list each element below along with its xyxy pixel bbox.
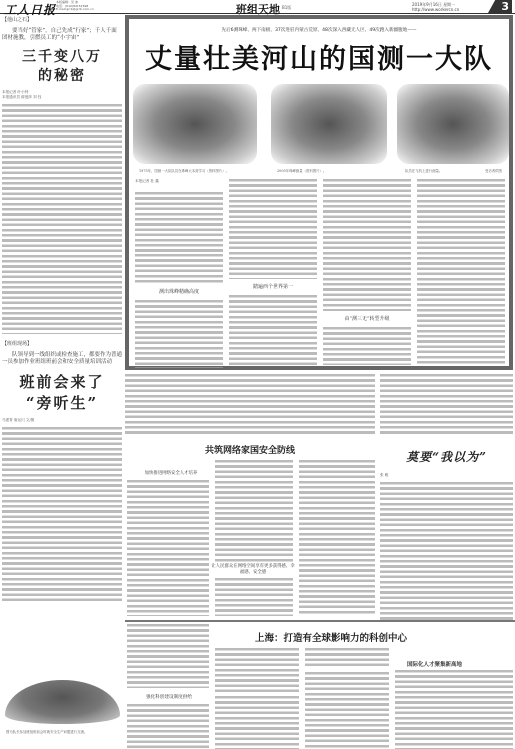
story-lead: 要当好“管家”，自己先成“行家”；千人千面团材施教，引燃员工的“小宇宙” [2,28,122,42]
article-body [127,704,209,749]
feature-kicker: 先后6测珠峰、两下南极、37次进驻内蒙古荒原、48次深入西藏无人区、49次跑入新… [129,27,509,33]
column-text [229,179,317,279]
article-body [2,427,122,603]
article-body [215,696,299,749]
byline: 马建青 唐运川 文/图 [2,418,122,423]
photo-caption: 1975年，国测一大队队员在珠峰大本营学习（资料图片）。 [139,168,229,173]
photo-caption: 2005年珠峰测量（资料图片）。 [277,168,326,173]
left-column: 【他山之石】 要当好“管家”，自己先成“行家”；千人千面团材施教，引燃员工的“小… [2,15,122,603]
section-subtitle: B1版 [282,5,291,11]
photo-caption: 图为队长参加班组班前会时就安全生产问题进行交流。 [6,730,124,735]
page-number: 3 [488,0,512,13]
cybersecurity-story: 共筑网络家国安全防线 加快推进网络安全人才培养 让人民群众在网络空间享有更多获得… [125,374,375,618]
photo-credit: 受访者供图 [485,168,502,173]
shanghai-story: 上海：打造有全球影响力的科创中心 国际化人才聚集新高地 强化科创建设制度供给 [125,622,515,749]
byline: 本报记者 叶小钟 本报通讯员 薛莲萍 刘 钰 [2,90,122,100]
byline: 本报记者 杜 鑫 [135,179,223,184]
email-line: E-mail:grrb@grrb.com.cn [56,8,94,12]
article-body [395,670,513,749]
column-text [135,192,223,252]
article-body [215,648,299,692]
article-body [125,374,375,436]
article-body [2,104,122,334]
article-body [215,460,293,562]
article-body [305,672,389,749]
article-body [380,374,513,436]
story-title: 班前会来了 “旁听生” [2,372,122,414]
article-body [127,480,209,616]
story-subhead: 加快推进网络安全人才培养 [131,470,211,478]
title-line: “旁听生” [2,393,122,414]
byline-correspondent: 本报通讯员 薛莲萍 刘 钰 [2,95,122,100]
feature-subhead: 由“测三无”转型升级 [323,315,411,323]
story-title: 三千变八万 的秘密 [2,48,122,86]
article-body [127,624,209,688]
column-tag: 【他山之石】 [2,16,122,23]
story-title: 共筑网络家国安全防线 [125,443,375,456]
feature-subhead: 踏遍西个世界第一 [229,283,317,291]
story-subhead: 国际化人才聚集新高地 [407,660,462,668]
masthead: 工人日报 本版编辑：吴 迪 电话：(010)84151598 E-mail:gr… [0,0,515,14]
feature-headline: 丈量壮美河山的国测一大队 [129,37,509,76]
column-text [229,295,317,365]
feature-story: 先后6测珠峰、两下南极、37次进驻内蒙古荒原、48次深入西藏无人区、49次跑入新… [125,15,513,370]
byline: 张 峻 [380,473,513,478]
title-line: 的秘密 [2,67,122,86]
article-body [299,460,375,616]
issue-info: 2019年9月16日 星期一 http://www.workercn.cn [412,2,459,12]
column-text [135,300,223,368]
article-body [380,482,513,622]
column-tag: 【班组现场】 [2,340,122,347]
team-meeting-photo [5,680,120,724]
column-text [323,179,411,311]
column-text [417,179,505,364]
commentary-column: 莫要“我以为” 张 峻 [380,374,513,620]
feature-body: 本报记者 杜 鑫 测出珠峰精确高度 踏遍西个世界第一 由“测三无”转型升级 [135,179,507,364]
column-text [135,254,223,284]
column-text [323,327,411,365]
editor-contact: 本版编辑：吴 迪 电话：(010)84151598 E-mail:grrb@gr… [56,1,94,12]
photo-caption: 队员在飞机上进行测量。 [405,168,442,173]
title-line: 三千变八万 [2,48,122,67]
article-body [215,578,293,616]
photo-strip: 1975年，国测一大队队员在珠峰大本营学习（资料图片）。 2005年珠峰测量（资… [129,84,509,166]
article-body [305,648,389,668]
story-subhead: 强化科创建设制度供给 [129,694,209,702]
photo-aircraft-survey [397,84,509,164]
photo-everest-summit [271,84,387,164]
commentary-title: 莫要“我以为” [380,448,513,465]
feature-subhead: 测出珠峰精确高度 [135,288,223,296]
story-lead: 队领导到一线组织或检查施工，都要作为普通一员参加作业班组班前会和安全质量培训活动 [2,352,122,366]
site-url[interactable]: http://www.workercn.cn [412,7,459,12]
title-line: 班前会来了 [2,372,122,393]
story-title: 上海：打造有全球影响力的科创中心 [255,630,407,644]
photo-1975-team [133,84,257,164]
story-subhead: 让人民群众在网络空间享有更多获得感、幸福感、安全感 [211,564,295,576]
